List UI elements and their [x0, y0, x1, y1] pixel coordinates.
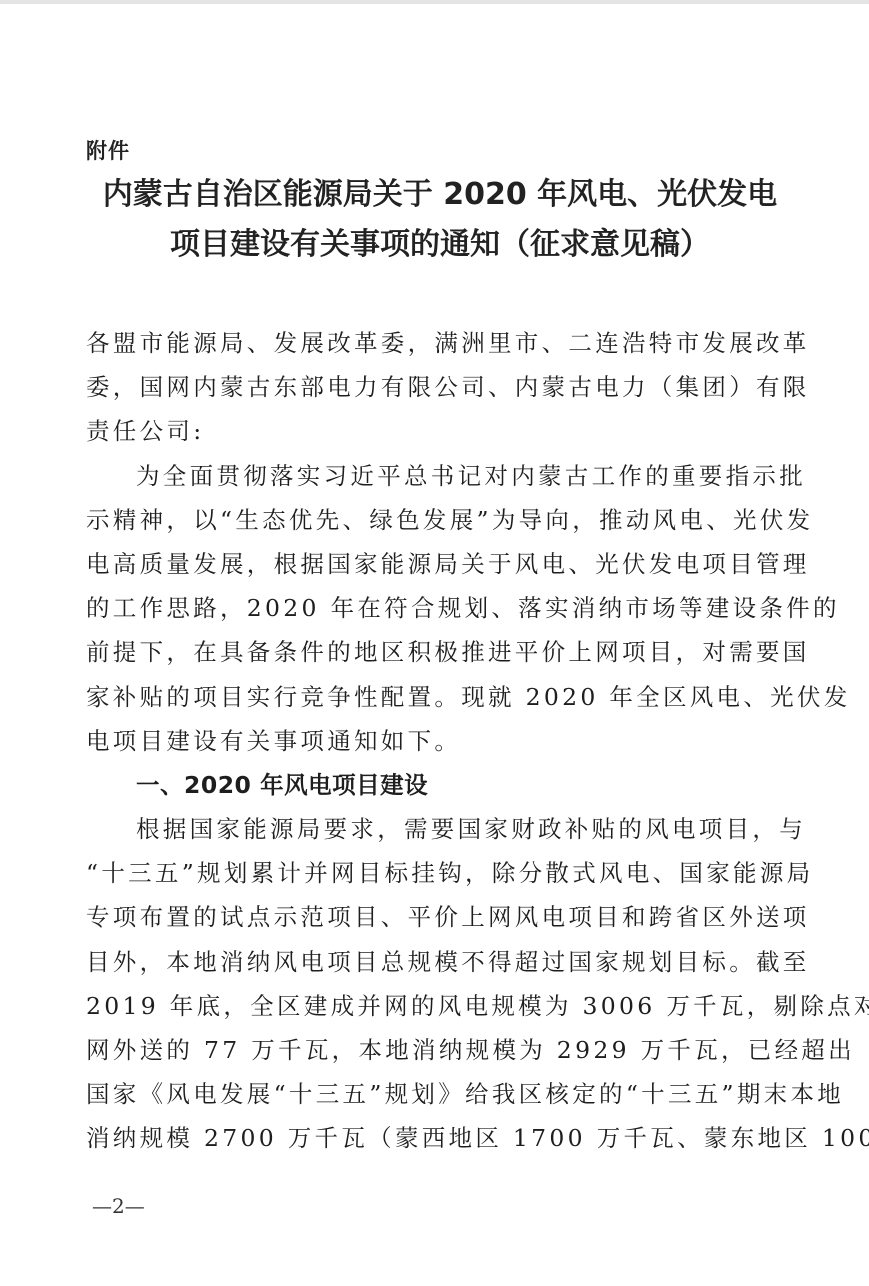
page-number: —2—: [92, 1194, 145, 1218]
section-1-paragraph-line: “十三五”规划累计并网目标挂钩，除分散式风电、国家能源局: [86, 851, 790, 895]
intro-paragraph-line: 家补贴的项目实行竞争性配置。现就 2020 年全区风电、光伏发: [86, 675, 790, 719]
section-1-paragraph-line: 国家《风电发展“十三五”规划》给我区核定的“十三五”期末本地: [86, 1072, 790, 1116]
recipients-line: 责任公司:: [86, 409, 790, 453]
section-1-paragraph-line: 目外，本地消纳风电项目总规模不得超过国家规划目标。截至: [86, 940, 790, 984]
section-1-paragraph-line: 消纳规模 2700 万千瓦（蒙西地区 1700 万千瓦、蒙东地区 1000: [86, 1116, 790, 1160]
intro-paragraph-line: 为全面贯彻落实习近平总书记对内蒙古工作的重要指示批: [86, 454, 790, 498]
recipients-line: 各盟市能源局、发展改革委，满洲里市、二连浩特市发展改革: [86, 321, 790, 365]
title-line-2: 项目建设有关事项的通知（征求意见稿）: [80, 220, 800, 270]
intro-paragraph-line: 示精神，以“生态优先、绿色发展”为导向，推动风电、光伏发: [86, 498, 790, 542]
intro-paragraph-line: 电项目建设有关事项通知如下。: [86, 719, 790, 763]
title-line-1: 内蒙古自治区能源局关于 2020 年风电、光伏发电: [80, 170, 800, 220]
document-body: 各盟市能源局、发展改革委，满洲里市、二连浩特市发展改革 委，国网内蒙古东部电力有…: [86, 321, 790, 1161]
section-1-paragraph-line: 根据国家能源局要求，需要国家财政补贴的风电项目，与: [86, 807, 790, 851]
section-1-heading: 一、2020 年风电项目建设: [86, 763, 790, 807]
intro-paragraph-line: 电高质量发展，根据国家能源局关于风电、光伏发电项目管理: [86, 542, 790, 586]
document-title: 内蒙古自治区能源局关于 2020 年风电、光伏发电 项目建设有关事项的通知（征求…: [80, 170, 800, 270]
intro-paragraph-line: 前提下，在具备条件的地区积极推进平价上网项目，对需要国: [86, 630, 790, 674]
recipients-line: 委，国网内蒙古东部电力有限公司、内蒙古电力（集团）有限: [86, 365, 790, 409]
section-1-paragraph-line: 2019 年底，全区建成并网的风电规模为 3006 万千瓦，剔除点对: [86, 984, 790, 1028]
section-1-paragraph-line: 专项布置的试点示范项目、平价上网风电项目和跨省区外送项: [86, 895, 790, 939]
intro-paragraph-line: 的工作思路，2020 年在符合规划、落实消纳市场等建设条件的: [86, 586, 790, 630]
document-page: 附件 内蒙古自治区能源局关于 2020 年风电、光伏发电 项目建设有关事项的通知…: [0, 0, 869, 1286]
attachment-label: 附件: [86, 135, 130, 165]
section-1-paragraph-line: 网外送的 77 万千瓦，本地消纳规模为 2929 万千瓦，已经超出: [86, 1028, 790, 1072]
